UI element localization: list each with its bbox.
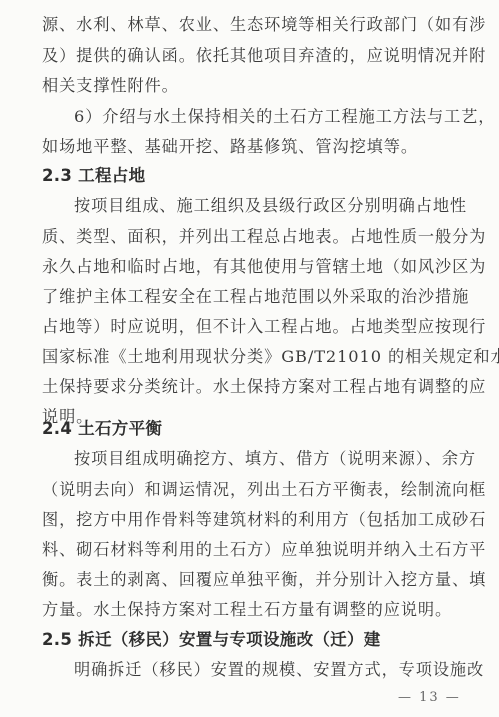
body-text-line: 衡。表土的剥离、回覆应单独平衡，并分别计入挖方量、填 bbox=[42, 567, 454, 593]
page-number: — 13 — bbox=[398, 690, 461, 705]
body-text-line: 如场地平整、基础开挖、路基修筑、管沟挖填等。 bbox=[42, 134, 454, 160]
body-text-line: 土保持要求分类统计。水土保持方案对工程占地有调整的应 bbox=[42, 374, 454, 400]
body-text-line: 相关支撑性附件。 bbox=[42, 73, 454, 99]
body-text-line: 及）提供的确认函。依托其他项目弃渣的，应说明情况并附 bbox=[42, 43, 454, 69]
body-text-line: 占地等）时应说明，但不计入工程占地。占地类型应按现行 bbox=[42, 314, 454, 340]
body-text-line: 了维护主体工程安全在工程占地范围以外采取的治沙措施 bbox=[42, 284, 454, 310]
section-heading-2-4: 2.4 土石方平衡 bbox=[42, 416, 162, 442]
body-text-line: 按项目组成、施工组织及县级行政区分别明确占地性 bbox=[74, 193, 454, 219]
body-text-line: 料、砌石材料等利用的土石方）应单独说明并纳入土石方平 bbox=[42, 537, 454, 563]
body-text-line: 按项目组成明确挖方、填方、借方（说明来源）、余方 bbox=[74, 446, 454, 472]
body-text-line: 国家标准《土地利用现状分类》GB/T21010 的相关规定和水 bbox=[42, 344, 454, 370]
body-text-line: 永久占地和临时占地，有其他使用与管辖土地（如风沙区为 bbox=[42, 254, 454, 280]
section-heading-2-5: 2.5 拆迁（移民）安置与专项设施改（迁）建 bbox=[42, 627, 381, 653]
body-text-line: （说明去向）和调运情况，列出土石方平衡表，绘制流向框 bbox=[42, 477, 454, 503]
body-text-line: 图，挖方中用作骨料等建筑材料的利用方（包括加工成砂石 bbox=[42, 507, 454, 533]
section-heading-2-3: 2.3 工程占地 bbox=[42, 163, 145, 189]
body-text-line: 源、水利、林草、农业、生态环境等相关行政部门（如有涉 bbox=[42, 12, 454, 38]
body-text-line: 明确拆迁（移民）安置的规模、安置方式，专项设施改 bbox=[74, 657, 454, 683]
body-text-line: 方量。水土保持方案对工程土石方量有调整的应说明。 bbox=[42, 597, 454, 623]
body-text-line: 质、类型、面积，并列出工程总占地表。占地性质一般分为 bbox=[42, 224, 454, 250]
list-item-6: 6）介绍与水土保持相关的土石方工程施工方法与工艺， bbox=[74, 104, 454, 130]
